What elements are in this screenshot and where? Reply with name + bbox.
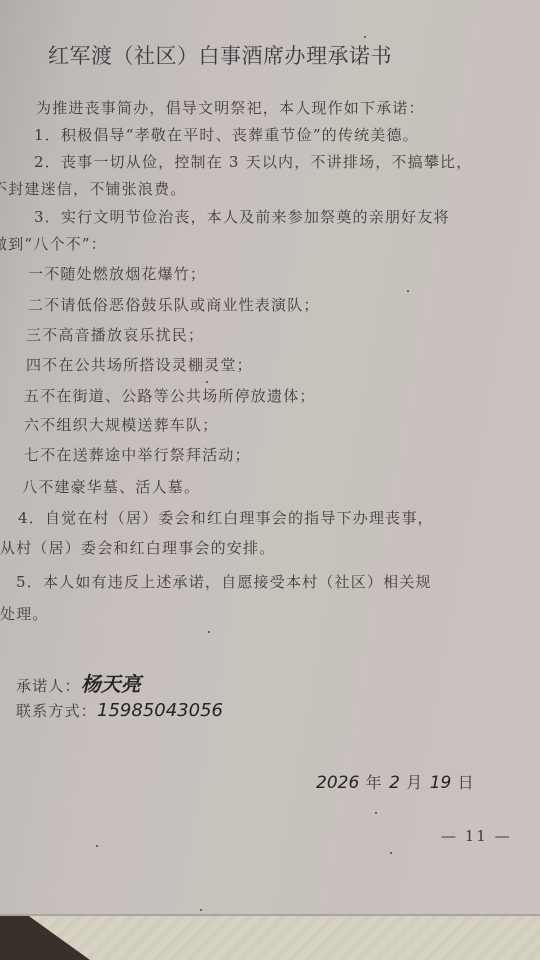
rule-1: 一不随处燃放烟花爆竹；	[28, 263, 206, 284]
clause-2-line-1: 2．丧事一切从俭，控制在 3 天以内，不讲排场，不搞攀比，	[34, 151, 472, 172]
date-month-unit: 月	[406, 773, 423, 792]
clause-5-line-2: 处理。	[0, 603, 49, 624]
rule-4: 四不在公共场所搭设灵棚灵堂；	[26, 354, 253, 375]
date-day-unit: 日	[458, 773, 475, 792]
speck	[206, 381, 208, 383]
clause-3-line-2: 做到“八个不”：	[0, 233, 107, 254]
speck	[407, 290, 409, 292]
speck	[375, 812, 377, 814]
paper-document: 红军渡（社区）白事酒席办理承诺书 为推进丧事简办，倡导文明祭祀，本人现作如下承诺…	[0, 0, 540, 916]
contact-label: 联系方式：	[16, 702, 97, 720]
rule-8: 八不建豪华墓、活人墓。	[22, 476, 200, 497]
clause-5-line-1: 5．本人如有违反上述承诺，自愿接受本村（社区）相关规	[16, 571, 432, 592]
date-year-unit: 年	[366, 773, 383, 792]
clause-1: 1．积极倡导“孝敬在平时、丧葬重节俭”的传统美德。	[34, 124, 419, 145]
clause-4-line-2: 从村（居）委会和红白理事会的安排。	[0, 537, 275, 558]
clause-4-line-1: 4．自觉在村（居）委会和红白理事会的指导下办理丧事，	[18, 507, 434, 528]
rule-3: 三不高音播放哀乐扰民；	[26, 324, 204, 345]
date-day: 19	[430, 773, 452, 793]
date-year: 2026	[316, 773, 359, 793]
page-number: — 11 —	[441, 827, 512, 845]
speck	[208, 631, 210, 633]
document-title: 红军渡（社区）白事酒席办理承诺书	[48, 40, 392, 70]
rule-5: 五不在街道、公路等公共场所停放遗体；	[24, 385, 316, 406]
table-surface	[0, 916, 540, 960]
promisor-row: 承诺人：杨天亮	[16, 668, 141, 697]
clause-2-line-2: 不封建迷信，不铺张浪费。	[0, 178, 186, 199]
contact-row: 联系方式：15985043056	[16, 700, 223, 721]
promisor-signature: 杨天亮	[81, 672, 141, 696]
promisor-label: 承诺人：	[16, 677, 81, 695]
rule-6: 六不组织大规模送葬车队；	[24, 414, 218, 435]
speck	[390, 852, 392, 854]
contact-phone: 15985043056	[97, 700, 223, 721]
date-month: 2	[389, 773, 400, 793]
speck	[96, 845, 98, 847]
speck	[200, 909, 202, 911]
rule-2: 二不请低俗恶俗鼓乐队或商业性表演队；	[28, 294, 320, 315]
intro-text: 为推进丧事简办，倡导文明祭祀，本人现作如下承诺：	[36, 97, 425, 118]
date-row: 2026 年 2 月 19 日	[316, 770, 475, 793]
speck	[364, 36, 366, 38]
clause-3-line-1: 3．实行文明节俭治丧，本人及前来参加祭奠的亲朋好友将	[34, 206, 450, 227]
rule-7: 七不在送葬途中举行祭拜活动；	[24, 444, 251, 465]
